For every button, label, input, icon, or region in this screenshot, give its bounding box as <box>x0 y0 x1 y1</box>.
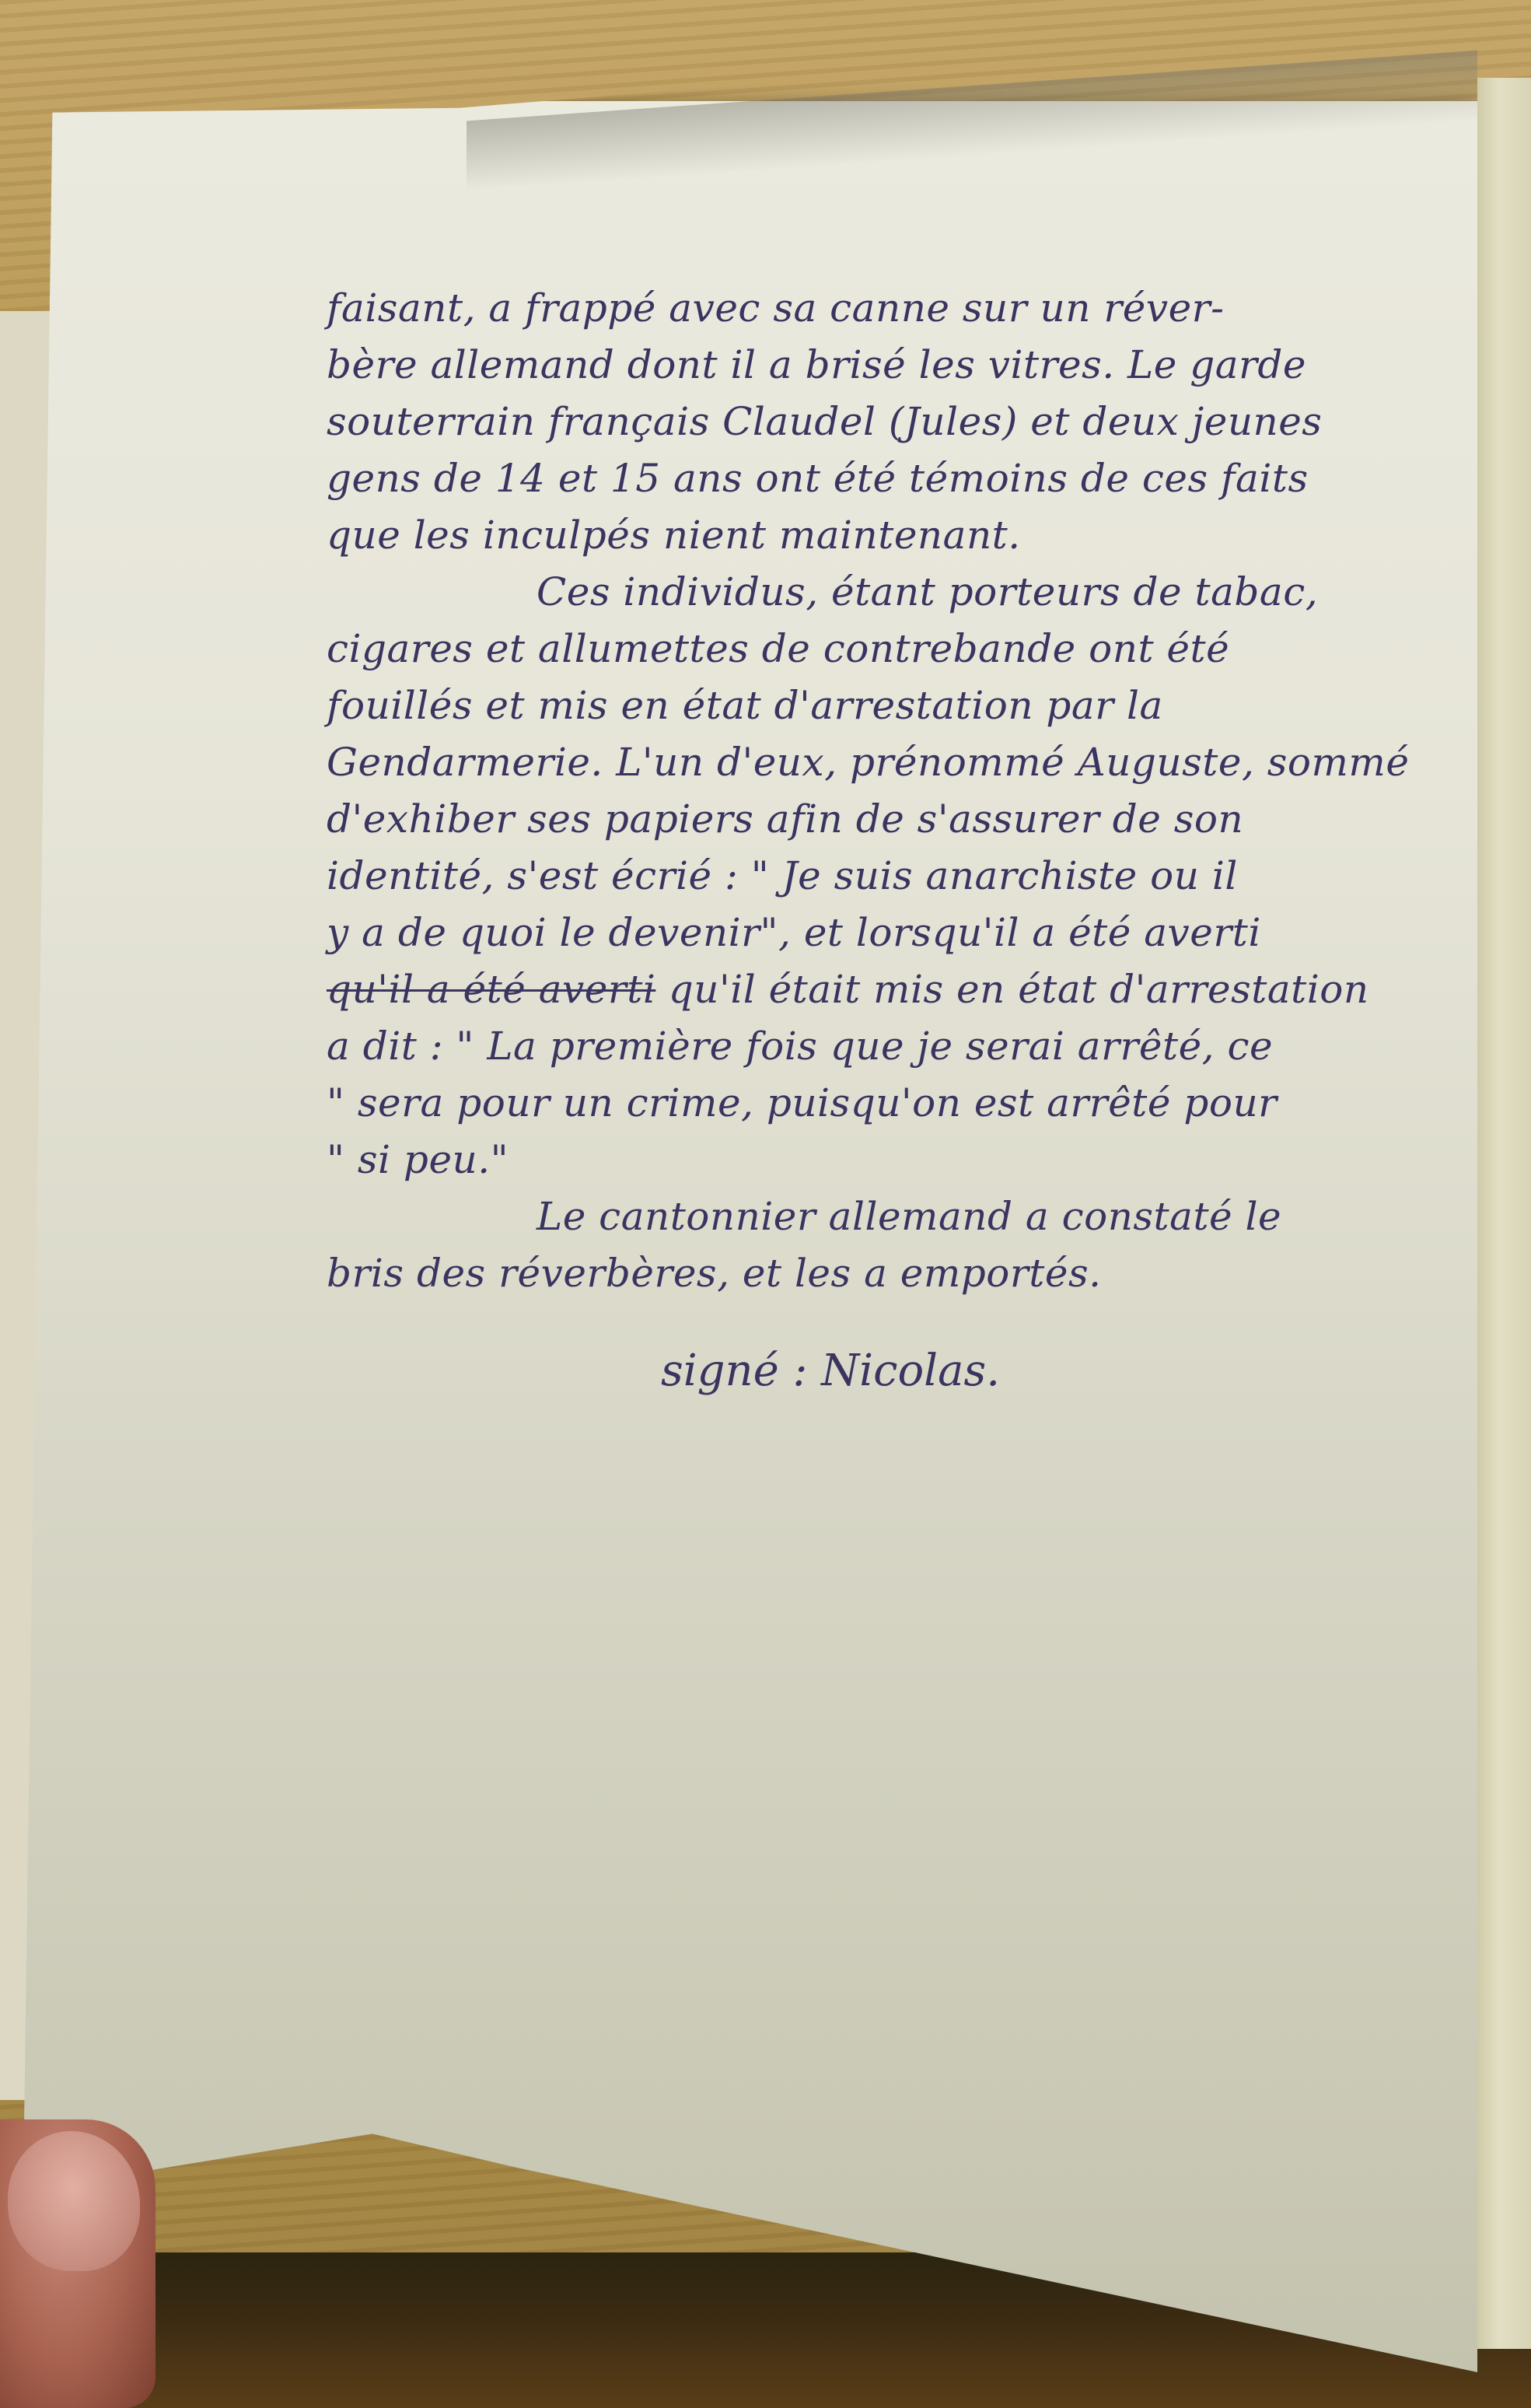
text-line-with-strikethrough: qu'il a été averti qu'il était mis en ét… <box>327 961 1470 1018</box>
text-line: gens de 14 et 15 ans ont été témoins de … <box>327 450 1470 507</box>
text-line: " si peu." <box>327 1132 1470 1188</box>
text-line: fouillés et mis en état d'arrestation pa… <box>327 677 1470 734</box>
text-line: d'exhiber ses papiers afin de s'assurer … <box>327 791 1470 848</box>
text-line: cigares et allumettes de contrebande ont… <box>327 621 1470 677</box>
struck-text: qu'il a été averti <box>327 967 655 1012</box>
text-line: souterrain français Claudel (Jules) et d… <box>327 394 1470 450</box>
text-line: identité, s'est écrié : " Je suis anarch… <box>327 848 1470 905</box>
text-line: que les inculpés nient maintenant. <box>327 507 1470 564</box>
text-line: bris des réverbères, et les a emportés. <box>327 1245 1470 1302</box>
text-line: Gendarmerie. L'un d'eux, prénommé August… <box>327 734 1470 791</box>
text-line: " sera pour un crime, puisqu'on est arrê… <box>327 1075 1470 1132</box>
text-line: faisant, a frappé avec sa canne sur un r… <box>327 280 1470 337</box>
text-line: y a de quoi le devenir", et lorsqu'il a … <box>327 905 1470 961</box>
text-line-remainder: qu'il était mis en état d'arrestation <box>669 967 1369 1012</box>
text-line-paragraph-start: Le cantonnier allemand a constaté le <box>327 1188 1470 1245</box>
underlying-page-right <box>1477 78 1531 2349</box>
text-line: bère allemand dont il a brisé les vitres… <box>327 337 1470 394</box>
handwritten-report-text: faisant, a frappé avec sa canne sur un r… <box>327 280 1470 1302</box>
text-line: a dit : " La première fois que je serai … <box>327 1018 1470 1075</box>
signature: signé : Nicolas. <box>661 1346 1000 1396</box>
text-line-paragraph-start: Ces individus, étant porteurs de tabac, <box>327 564 1470 621</box>
